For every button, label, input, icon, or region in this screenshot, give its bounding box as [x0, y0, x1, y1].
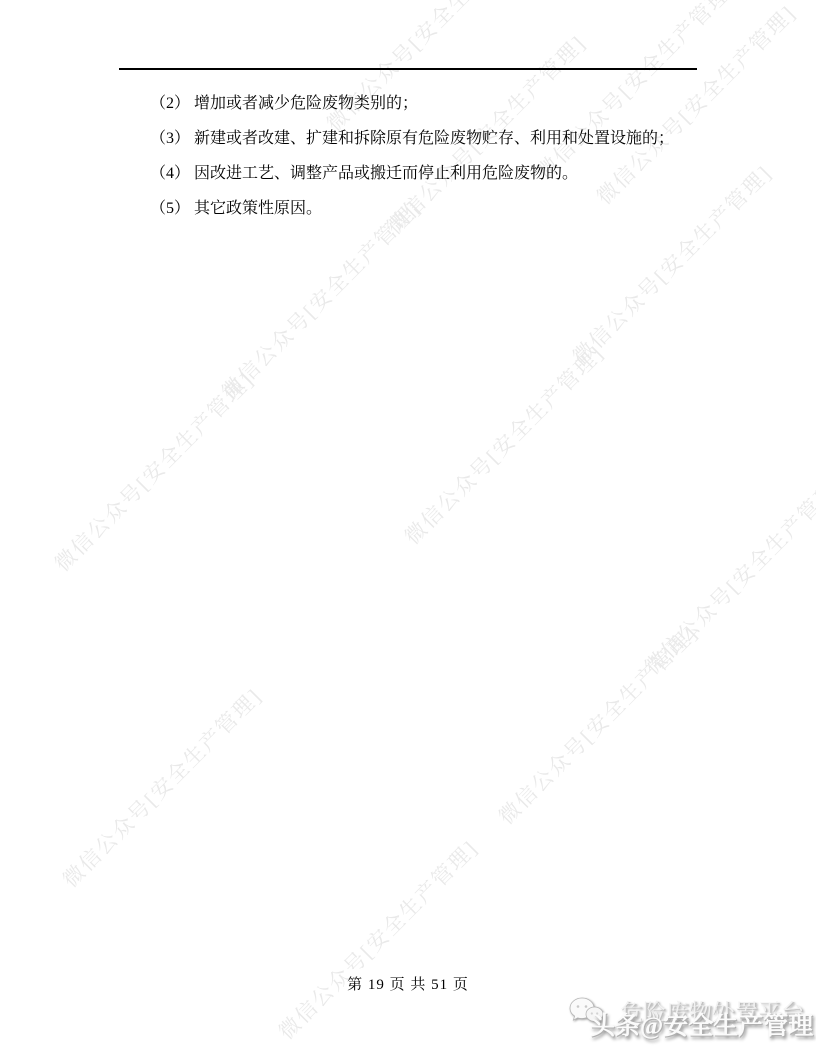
paragraph: （2） 增加或者减少危险废物类别的；: [119, 86, 697, 121]
stamp-account-text: 头条@安全生产管理: [590, 1006, 813, 1042]
watermark-text: 微信公众号[安全生产管理]: [491, 618, 704, 831]
paragraph: （5） 其它政策性原因。: [119, 191, 697, 226]
paragraph: （4） 因改进工艺、调整产品或搬迁而停止利用危险废物的。: [119, 156, 697, 191]
document-body: （2） 增加或者减少危险废物类别的； （3） 新建或者改建、扩建和拆除原有危险废…: [119, 86, 697, 226]
watermark-text: 微信公众号[安全生产管理]: [271, 833, 484, 1046]
watermark-text: 微信公众号[安全生产管理]: [397, 338, 610, 551]
watermark-text: 微信公众号[安全生产管理]: [55, 681, 268, 894]
header-rule: [119, 68, 697, 70]
paragraph: （3） 新建或者改建、扩建和拆除原有危险废物贮存、利用和处置设施的；: [119, 121, 697, 156]
brand-stamp: 危险废物处置平台 头条@安全生产管理: [562, 988, 814, 1050]
document-page: 微信公众号[安全生产管理] 微信公众号[安全生产管理] 微信公众号[安全生产管理…: [0, 0, 816, 1056]
watermark-text: 微信公众号[安全生产管理]: [47, 365, 260, 578]
watermark-text: 微信公众号[安全生产管理]: [637, 468, 816, 681]
